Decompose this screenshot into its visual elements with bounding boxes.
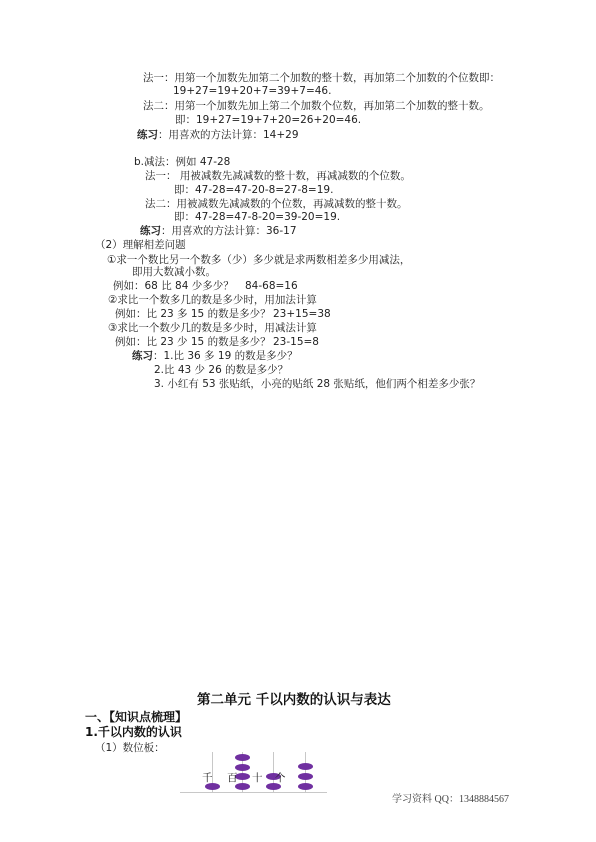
subtraction-method1: 法一： 用被减数先减减数的整十数，再减减数的个位数。 [145, 169, 411, 183]
abacus-bead [298, 763, 313, 770]
addition-method1: 法一：用第一个加数先加第二个加数的整十数，再加第二个加数的个位数即： [143, 71, 500, 85]
practice-item: 2.比 43 少 26 的数是多少？ [154, 363, 288, 377]
footer-contact: 学习资料 QQ：1348884567 [392, 793, 509, 807]
subtraction-method2-calc: 即：47-28=47-8-20=39-20=19. [174, 210, 340, 224]
difference-rule2: ②求比一个数多几的数是多少时，用加法计算 [108, 293, 317, 307]
practice-label: 练习 [132, 350, 153, 362]
practice-text: ：用喜欢的方法计算：14+29 [158, 129, 299, 141]
subtraction-practice: 练习：用喜欢的方法计算：36-17 [140, 224, 297, 238]
method-text: 用第一个加数先加第二个加数的整十数，再加第二个加数的个位数即： [175, 72, 501, 84]
method-text: 用被减数先减减数的整十数，再减减数的个位数。 [177, 170, 411, 182]
difference-example2-answer: 23+15=38 [273, 307, 331, 321]
abacus-rod-label: 个 [275, 772, 286, 784]
addition-method2-calc: 即：19+27=19+7+20=26+20=46. [175, 113, 361, 127]
abacus-bead [298, 783, 313, 790]
abacus-bead [235, 764, 250, 771]
practice-label: 练习 [137, 129, 158, 141]
abacus-rod-label: 千 [202, 772, 213, 784]
difference-rule1-cont: 即用大数减小数。 [132, 265, 216, 279]
abacus-base [180, 792, 327, 793]
difference-example1: 例如：68 比 84 少多少？ [113, 279, 234, 293]
abacus-bead [235, 754, 250, 761]
addition-practice: 练习：用喜欢的方法计算：14+29 [137, 128, 299, 142]
difference-example2: 例如：比 23 多 15 的数是多少？ [115, 307, 271, 321]
practice-label: 练习 [140, 225, 161, 237]
method-label: 法二： [143, 100, 175, 112]
addition-method2: 法二：用第一个加数先加上第二个加数个位数，再加第二个加数的整十数。 [143, 99, 490, 113]
abacus-rod-label: 十 [252, 772, 263, 784]
unit-title: 第二单元 千以内数的认识与表达 [197, 692, 391, 708]
method-text: 用第一个加数先加上第二个加数个位数，再加第二个加数的整十数。 [175, 100, 490, 112]
method-label: 法一： [145, 170, 177, 182]
difference-example3-answer: 23-15=8 [273, 335, 319, 349]
difference-example1-answer: 84-68=16 [245, 279, 298, 293]
section-heading: 一、【知识点梳理】 [85, 710, 187, 725]
subtraction-method2: 法二：用被减数先减减数的个位数，再减减数的整十数。 [145, 197, 408, 211]
difference-example3: 例如：比 23 少 15 的数是多少？ [115, 335, 271, 349]
practice-item: ：1.比 36 多 19 的数是多少？ [153, 350, 298, 362]
addition-method1-calc: 19+27=19+20+7=39+7=46. [173, 84, 331, 98]
method-label: 法二： [145, 198, 177, 210]
difference-heading: （2）理解相差问题 [95, 238, 186, 252]
difference-rule3: ③求比一个数少几的数是多少时，用减法计算 [108, 321, 317, 335]
practice-item: 3. 小红有 53 张贴纸，小亮的贴纸 28 张贴纸，他们两个相差多少张？ [154, 377, 480, 391]
abacus-rod-label: 百 [227, 772, 238, 784]
place-value-board-label: （1）数位板： [95, 741, 165, 755]
subsection-heading: 1.千以内数的认识 [85, 725, 182, 740]
practice-text: ：用喜欢的方法计算：36-17 [161, 225, 297, 237]
subtraction-heading: b.减法：例如 47-28 [134, 155, 230, 169]
method-text: 用被减数先减减数的个位数，再减减数的整十数。 [177, 198, 408, 210]
subtraction-method1-calc: 即：47-28=47-20-8=27-8=19. [174, 183, 333, 197]
abacus-bead [298, 773, 313, 780]
difference-practice: 练习：1.比 36 多 19 的数是多少？ [132, 349, 298, 363]
method-label: 法一： [143, 72, 175, 84]
